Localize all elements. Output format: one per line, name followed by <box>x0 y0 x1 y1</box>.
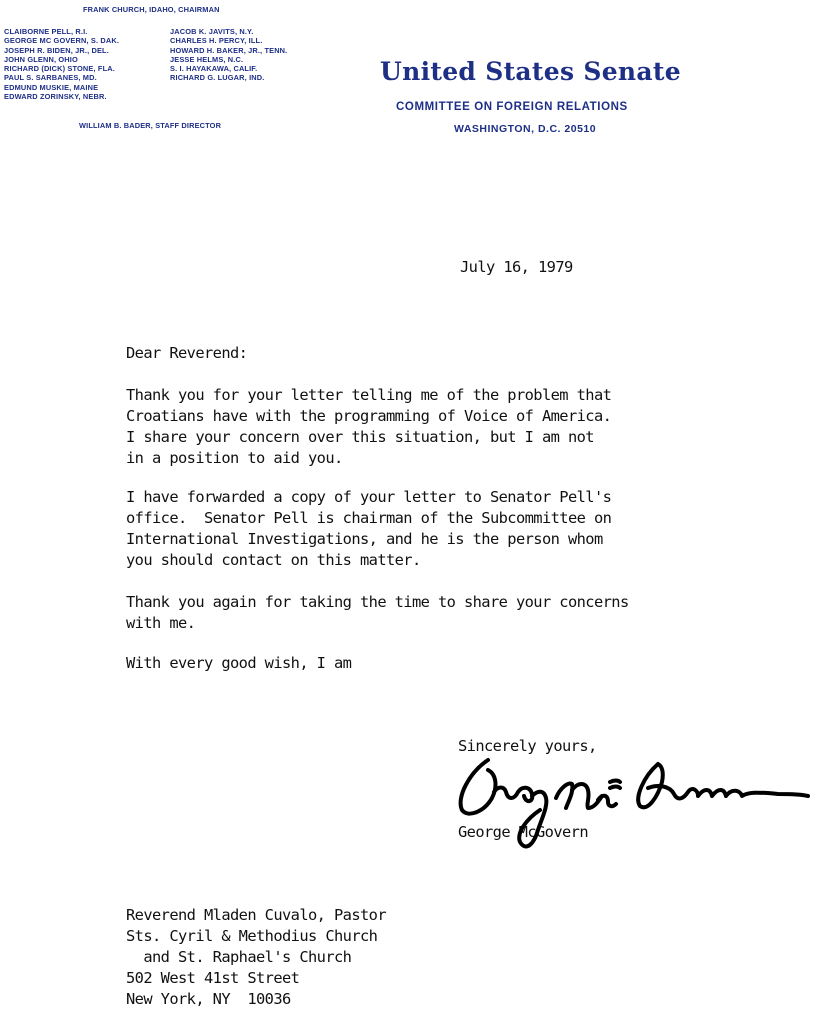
members-right-column: JACOB K. JAVITS, N.Y. CHARLES H. PERCY, … <box>170 27 287 83</box>
member-name: JOSEPH R. BIDEN, JR., DEL. <box>4 46 119 55</box>
member-name: PAUL S. SARBANES, MD. <box>4 73 119 82</box>
member-name: JESSE HELMS, N.C. <box>170 55 287 64</box>
salutation: Dear Reverend: <box>126 343 247 364</box>
member-name: S. I. HAYAKAWA, CALIF. <box>170 64 287 73</box>
body-paragraph: Thank you again for taking the time to s… <box>126 592 629 634</box>
body-paragraph: With every good wish, I am <box>126 653 351 674</box>
members-left-column: CLAIBORNE PELL, R.I. GEORGE MC GOVERN, S… <box>4 27 119 101</box>
member-name: RICHARD (DICK) STONE, FLA. <box>4 64 119 73</box>
letterhead-address: WASHINGTON, D.C. 20510 <box>454 123 596 135</box>
member-name: GEORGE MC GOVERN, S. DAK. <box>4 36 119 45</box>
chairman-line: FRANK CHURCH, IDAHO, CHAIRMAN <box>83 5 220 14</box>
member-name: EDMUND MUSKIE, MAINE <box>4 83 119 92</box>
letter-date: July 16, 1979 <box>460 257 573 278</box>
recipient-address: Reverend Mladen Cuvalo, Pastor Sts. Cyri… <box>126 905 386 1010</box>
signature-icon <box>448 752 813 862</box>
member-name: CHARLES H. PERCY, ILL. <box>170 36 287 45</box>
body-paragraph: I have forwarded a copy of your letter t… <box>126 487 611 571</box>
member-name: RICHARD G. LUGAR, IND. <box>170 73 287 82</box>
member-name: JACOB K. JAVITS, N.Y. <box>170 27 287 36</box>
staff-director-line: WILLIAM B. BADER, STAFF DIRECTOR <box>79 121 221 130</box>
senate-title: United States Senate <box>380 57 681 86</box>
committee-name: COMMITTEE ON FOREIGN RELATIONS <box>396 101 628 113</box>
member-name: HOWARD H. BAKER, JR., TENN. <box>170 46 287 55</box>
body-paragraph: Thank you for your letter telling me of … <box>126 385 611 469</box>
member-name: JOHN GLENN, OHIO <box>4 55 119 64</box>
member-name: EDWARD ZORINSKY, NEBR. <box>4 92 119 101</box>
member-name: CLAIBORNE PELL, R.I. <box>4 27 119 36</box>
